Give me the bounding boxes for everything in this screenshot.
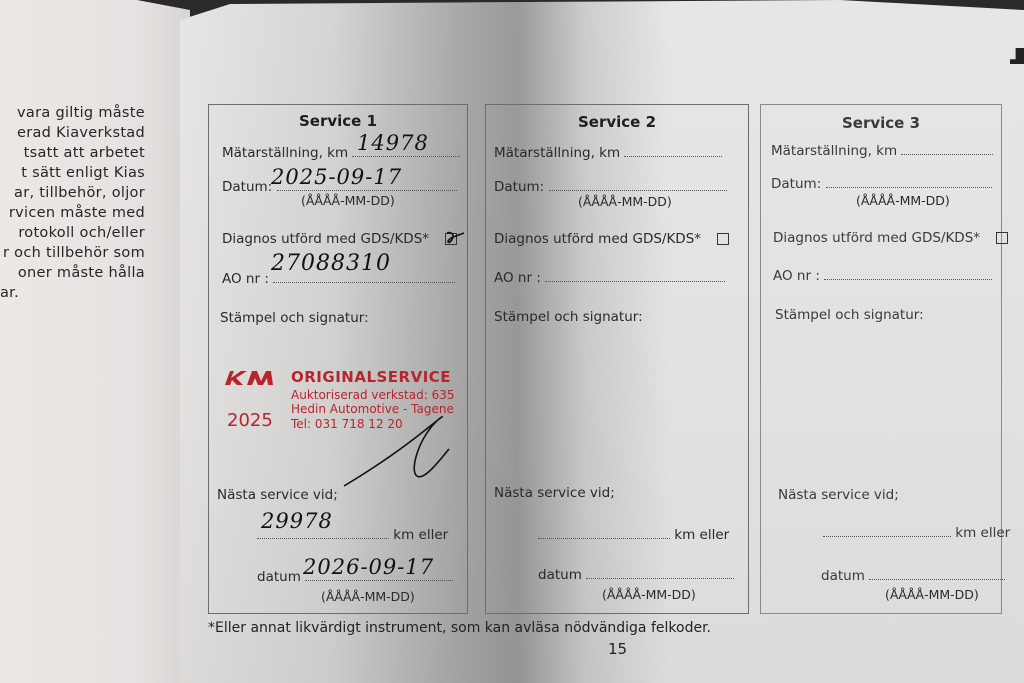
service-card-1: Service 1 Mätarställning, km 14978 Datum… <box>208 104 468 614</box>
left-text-line: vara giltig måste <box>0 103 190 123</box>
signature <box>339 411 459 491</box>
ao-value: 27088310 <box>271 251 391 276</box>
left-text-line: rotokoll och/eller <box>0 223 190 243</box>
next-km-suffix: km eller <box>674 527 729 543</box>
stamp-line-1: Auktoriserad verkstad: 635 <box>291 388 455 402</box>
diagnosis-checkbox[interactable] <box>717 233 729 245</box>
diagnosis-checkbox[interactable] <box>445 233 457 245</box>
ao-label: AO nr : <box>494 270 541 286</box>
service-card-2: Service 2 Mätarställning, km Datum: (ÅÅÅ… <box>485 104 749 614</box>
odometer-value: 14978 <box>357 131 429 155</box>
stamp-label: Stämpel och signatur: <box>775 307 924 323</box>
next-date-format-hint: (ÅÅÅÅ-MM-DD) <box>321 589 415 604</box>
left-page-text: vara giltig måste erad Kiaverkstad tsatt… <box>0 103 190 303</box>
next-service-label: Nästa service vid; <box>494 485 615 501</box>
service-title: Service 2 <box>486 113 748 131</box>
next-date-label: datum <box>257 569 301 585</box>
diagnosis-label: Diagnos utförd med GDS/KDS* <box>773 230 980 246</box>
footnote: *Eller annat likvärdigt instrument, som … <box>208 620 711 636</box>
page-number: 15 <box>608 640 627 658</box>
date-field[interactable] <box>826 177 992 188</box>
service-title: Service 3 <box>761 114 1001 132</box>
next-km-suffix: km eller <box>393 527 448 543</box>
next-date-label: datum <box>538 567 582 583</box>
diagnosis-label: Diagnos utförd med GDS/KDS* <box>494 231 701 247</box>
next-date-field[interactable] <box>869 569 1005 580</box>
next-km-field[interactable] <box>538 528 670 539</box>
left-text-line: oner måste hålla <box>0 263 190 283</box>
odometer-label: Mätarställning, km <box>222 145 348 161</box>
service-title: Service 1 <box>209 112 467 130</box>
kia-logo-icon <box>223 369 283 387</box>
next-date-label: datum <box>821 568 865 584</box>
left-text-line: t sätt enligt Kias <box>0 163 190 183</box>
date-format-hint: (ÅÅÅÅ-MM-DD) <box>301 193 395 208</box>
next-date-format-hint: (ÅÅÅÅ-MM-DD) <box>885 587 979 602</box>
next-km-value: 29978 <box>261 509 333 533</box>
next-date-format-hint: (ÅÅÅÅ-MM-DD) <box>602 587 696 602</box>
left-text-line: tsatt att arbetet <box>0 143 190 163</box>
date-label: Datum: <box>222 179 272 195</box>
left-text-line: erad Kiaverkstad <box>0 123 190 143</box>
service-card-3: Service 3 Mätarställning, km Datum: (ÅÅÅ… <box>760 104 1002 614</box>
odometer-label: Mätarställning, km <box>771 143 897 159</box>
left-text-line: rvicen måste med <box>0 203 190 223</box>
date-format-hint: (ÅÅÅÅ-MM-DD) <box>856 193 950 208</box>
date-format-hint: (ÅÅÅÅ-MM-DD) <box>578 194 672 209</box>
next-service-label: Nästa service vid; <box>778 487 899 503</box>
next-km-field[interactable] <box>823 526 951 537</box>
date-label: Datum: <box>494 179 544 195</box>
diagnosis-label: Diagnos utförd med GDS/KDS* <box>222 231 429 247</box>
date-label: Datum: <box>771 176 821 192</box>
left-text-line: r och tillbehör som <box>0 243 190 263</box>
odometer-field[interactable] <box>624 146 722 157</box>
left-text-line: ar. <box>0 283 190 303</box>
stamp-year: 2025 <box>227 410 273 431</box>
ao-field[interactable] <box>545 271 725 282</box>
next-km-suffix: km eller <box>955 525 1010 541</box>
stamp-label: Stämpel och signatur: <box>220 310 369 326</box>
next-date-field[interactable] <box>586 568 734 579</box>
ao-label: AO nr : <box>222 271 269 287</box>
next-date-value: 2026-09-17 <box>303 555 434 579</box>
stamp-brand: ORIGINALSERVICE <box>291 368 451 386</box>
date-field[interactable] <box>549 180 727 191</box>
check-mark-icon <box>444 230 466 246</box>
odometer-field[interactable] <box>901 144 993 155</box>
diagnosis-checkbox[interactable] <box>996 232 1008 244</box>
ao-label: AO nr : <box>773 268 820 284</box>
left-text-line: ar, tillbehör, oljor <box>0 183 190 203</box>
odometer-label: Mätarställning, km <box>494 145 620 161</box>
date-value: 2025-09-17 <box>271 165 402 189</box>
next-service-label: Nästa service vid; <box>217 487 338 503</box>
stamp-label: Stämpel och signatur: <box>494 309 643 325</box>
ao-field[interactable] <box>824 269 992 280</box>
